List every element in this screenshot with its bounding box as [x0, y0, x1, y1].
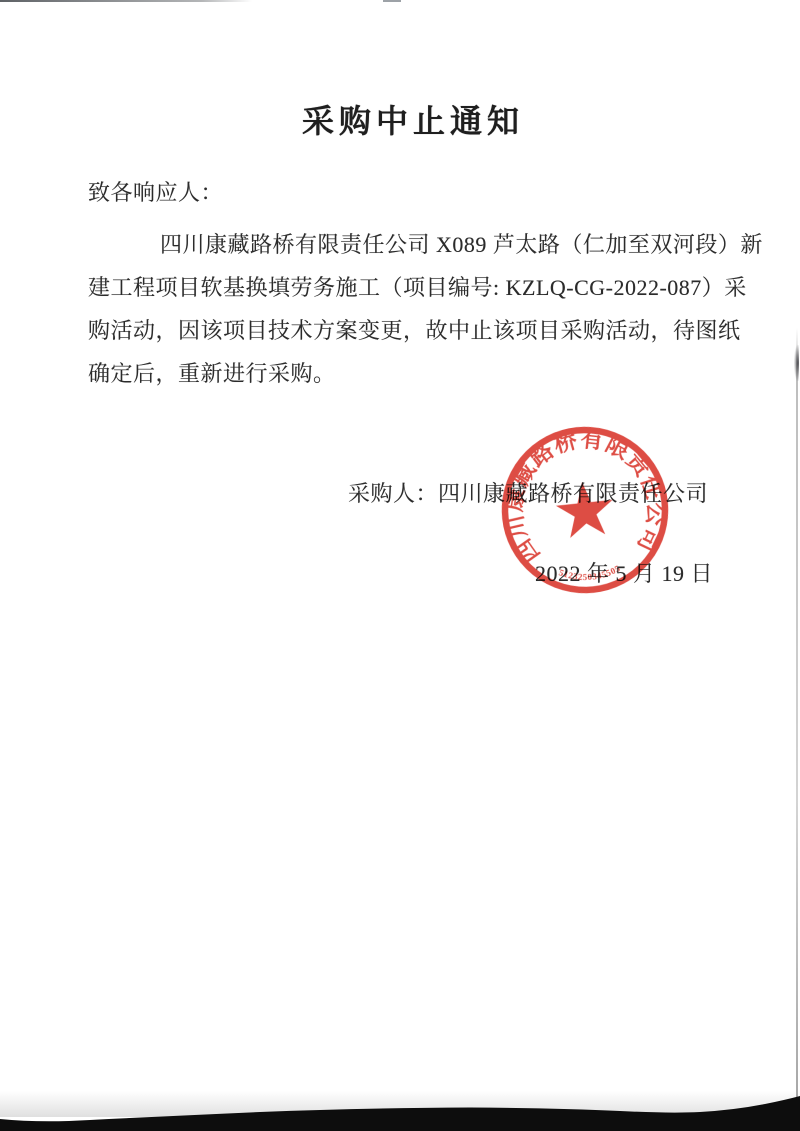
page-title: 采购中止通知 [0, 96, 800, 142]
salutation: 致各响应人： [88, 176, 223, 207]
scan-artifact-right-edge [796, 328, 798, 1118]
scan-artifact-top-edge [0, 0, 252, 2]
body-line-4: 确定后，重新进行采购。 [88, 357, 336, 388]
body-line-2: 建工程项目软基换填劳务施工（项目编号: KZLQ-CG-2022-087）采 [88, 271, 747, 302]
purchaser-label: 采购人： [348, 481, 438, 506]
scan-artifact-top-mark [383, 0, 401, 2]
company-seal: 四川康藏路桥有限责任公司 5123250345505 [486, 411, 684, 609]
body-line-1: 四川康藏路桥有限责任公司 X089 芦太路（仁加至双河段）新 [160, 228, 763, 259]
scan-artifact-bottom-shadow [0, 1091, 800, 1117]
body-line-3: 购活动，因该项目技术方案变更，故中止该项目采购活动，待图纸 [88, 314, 741, 345]
scan-artifact-right-smudge [794, 345, 799, 381]
seal-star-icon [554, 479, 616, 539]
scanned-notice-page: 采购中止通知 致各响应人： 四川康藏路桥有限责任公司 X089 芦太路（仁加至双… [0, 0, 800, 1131]
